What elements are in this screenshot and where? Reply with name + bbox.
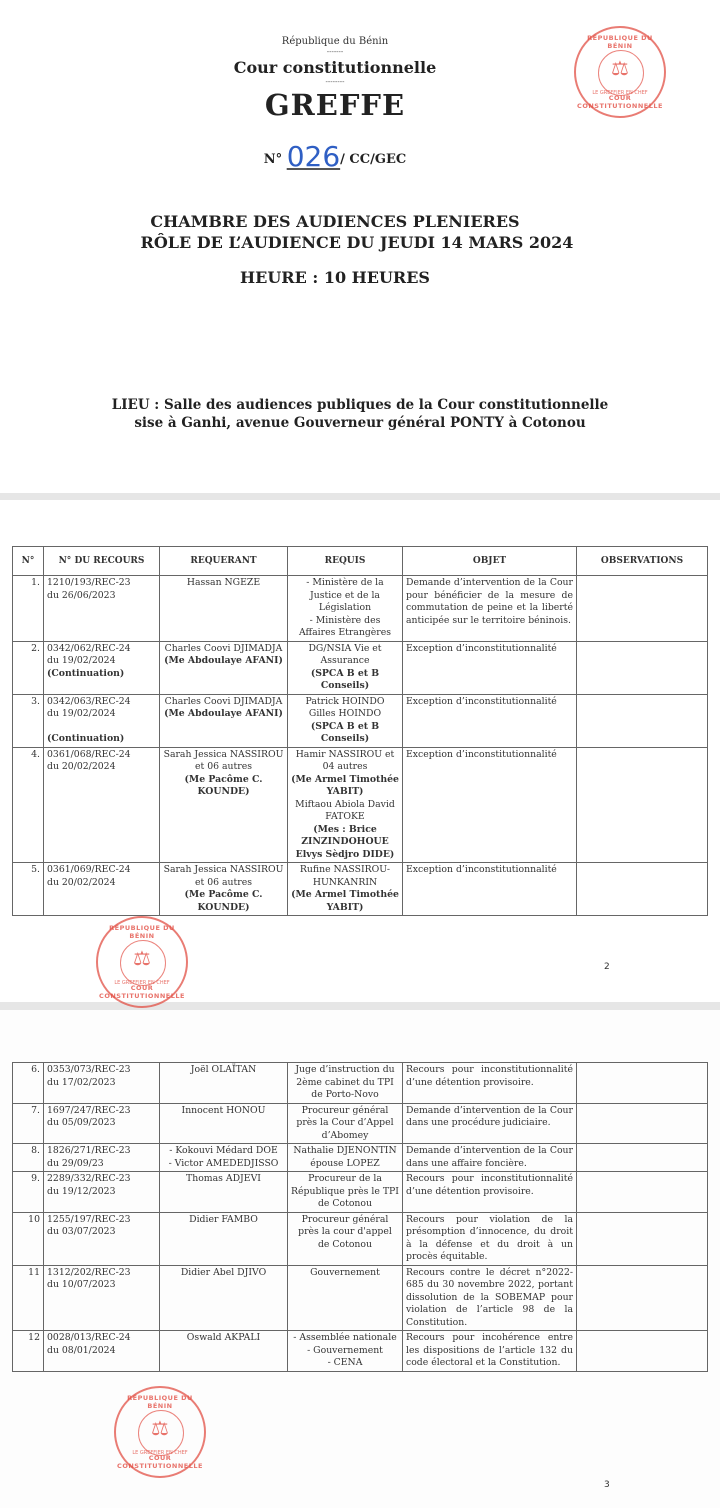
table-row: 111312/202/REC-23du 10/07/2023Didier Abe… — [13, 1265, 708, 1331]
row-number: 12 — [13, 1331, 44, 1372]
recours-number: 0028/013/REC-24 — [47, 1332, 156, 1345]
recours-note: (Continuation) — [47, 733, 156, 746]
objet-cell: Exception d’inconstitutionnalité — [403, 694, 577, 747]
table-row: 101255/197/REC-23du 03/07/2023Didier FAM… — [13, 1212, 708, 1265]
column-header-requis: REQUIS — [288, 547, 403, 576]
recours-number: 0361/068/REC-24 — [47, 749, 156, 762]
hearing-venue: LIEU : Salle des audiences publiques de … — [0, 396, 720, 432]
requerant-cell: Sarah Jessica NASSIROU et 06 autres(Me P… — [160, 863, 288, 916]
table-row: 9.2289/332/REC-23du 19/12/2023Thomas ADJ… — [13, 1172, 708, 1213]
recours-cell: 1312/202/REC-23du 10/07/2023 — [44, 1265, 160, 1331]
stamp-bottom-text: COUR CONSTITUTIONNELLE — [98, 984, 186, 1000]
recours-number: du 20/02/2024 — [47, 877, 156, 890]
recours-number: du 19/12/2023 — [47, 1186, 156, 1199]
row-number: 9. — [13, 1172, 44, 1213]
observations-cell — [577, 1144, 708, 1172]
requerant-cell: Didier Abel DJIVO — [160, 1265, 288, 1331]
observations-cell — [577, 694, 708, 747]
requerant-name: Joël OLAÏTAN — [163, 1064, 284, 1077]
table-body: 6.0353/073/REC-23du 17/02/2023Joël OLAÏT… — [13, 1063, 708, 1372]
requerant-cell: Innocent HONOU — [160, 1103, 288, 1144]
requerant-counsel: (Me Pacôme C. KOUNDE) — [163, 774, 284, 799]
court-name: Cour constitutionnelle — [0, 58, 670, 77]
venue-line-1: LIEU : Salle des audiences publiques de … — [0, 396, 720, 414]
seal-glyph-icon: ⚖ — [576, 58, 664, 78]
row-number: 1. — [13, 576, 44, 642]
requis-cell: Gouvernement — [288, 1265, 403, 1331]
requerant-name: - Victor AMEDEDJISSO — [163, 1158, 284, 1171]
observations-cell — [577, 1063, 708, 1104]
table-row: 8.1826/271/REC-23du 29/09/23- Kokouvi Mé… — [13, 1144, 708, 1172]
row-number: 6. — [13, 1063, 44, 1104]
row-number: 2. — [13, 641, 44, 694]
recours-number: du 05/09/2023 — [47, 1117, 156, 1130]
table-row: 5.0361/069/REC-24du 20/02/2024Sarah Jess… — [13, 863, 708, 916]
column-header-number: N° — [13, 547, 44, 576]
hearing-time: HEURE : 10 HEURES — [0, 268, 670, 287]
requerant-name: Didier Abel DJIVO — [163, 1267, 284, 1280]
requerant-name: Charles Coovi DJIMADJA — [163, 696, 284, 709]
official-seal-stamp: RÉPUBLIQUE DU BÉNIN ⚖ LE GREFFIER EN CHE… — [96, 916, 188, 1008]
recours-cell: 1255/197/REC-23du 03/07/2023 — [44, 1212, 160, 1265]
objet-cell: Recours pour violation de la présomption… — [403, 1212, 577, 1265]
requis-cell: Rufine NASSIROU-HUNKANRIN(Me Armel Timot… — [288, 863, 403, 916]
requerant-cell: Oswald AKPALI — [160, 1331, 288, 1372]
requis-cell: - Assemblée nationale- Gouvernement- CEN… — [288, 1331, 403, 1372]
requerant-name: - Kokouvi Médard DOE — [163, 1145, 284, 1158]
requis-name: Gouvernement — [291, 1267, 399, 1280]
requis-name: - Assemblée nationale — [291, 1332, 399, 1345]
stamp-bottom-text: COUR CONSTITUTIONNELLE — [116, 1454, 204, 1470]
handwritten-number: 026 — [287, 140, 340, 173]
requis-name: Miftaou Abiola David FATOKE — [291, 799, 399, 824]
observations-cell — [577, 1212, 708, 1265]
table-row: 120028/013/REC-24du 08/01/2024Oswald AKP… — [13, 1331, 708, 1372]
requis-name: Procureur général près la cour d'appel d… — [291, 1214, 399, 1252]
objet-cell: Recours pour incohérence entre les dispo… — [403, 1331, 577, 1372]
reference-number: N° 026/ CC/GEC — [0, 140, 670, 173]
requerant-cell: Didier FAMBO — [160, 1212, 288, 1265]
recours-number: 1697/247/REC-23 — [47, 1105, 156, 1118]
seal-glyph-icon: ⚖ — [98, 948, 186, 968]
requerant-cell: Thomas ADJEVI — [160, 1172, 288, 1213]
requis-cell: Patrick HOINDOGilles HOINDO(SPCA B et B … — [288, 694, 403, 747]
objet-cell: Demande d’intervention de la Cour dans u… — [403, 1144, 577, 1172]
requis-cell: Procureur général près la Cour d’Appel d… — [288, 1103, 403, 1144]
recours-number: du 20/02/2024 — [47, 761, 156, 774]
objet-cell: Exception d’inconstitutionnalité — [403, 863, 577, 916]
recours-number: 0361/069/REC-24 — [47, 864, 156, 877]
recours-number: du 29/09/23 — [47, 1158, 156, 1171]
requerant-name: Innocent HONOU — [163, 1105, 284, 1118]
requerant-cell: - Kokouvi Médard DOE- Victor AMEDEDJISSO — [160, 1144, 288, 1172]
requis-name: - Ministère de la Justice et de la Légis… — [291, 577, 399, 615]
requis-cell: DG/NSIA Vie et Assurance(SPCA B et B Con… — [288, 641, 403, 694]
stamp-bottom-text: COUR CONSTITUTIONNELLE — [576, 94, 664, 110]
recours-number: du 10/07/2023 — [47, 1279, 156, 1292]
requerant-name: Oswald AKPALI — [163, 1332, 284, 1345]
requis-name: Rufine NASSIROU-HUNKANRIN — [291, 864, 399, 889]
observations-cell — [577, 576, 708, 642]
observations-cell — [577, 1103, 708, 1144]
objet-cell: Exception d’inconstitutionnalité — [403, 747, 577, 863]
requis-name: Procureur général près la Cour d’Appel d… — [291, 1105, 399, 1143]
recours-cell: 0353/073/REC-23du 17/02/2023 — [44, 1063, 160, 1104]
requerant-name: Thomas ADJEVI — [163, 1173, 284, 1186]
official-seal-stamp: RÉPUBLIQUE DU BÉNIN ⚖ LE GREFFIER EN CHE… — [114, 1386, 206, 1478]
requis-name: Nathalie DJENONTIN épouse LOPEZ — [291, 1145, 399, 1170]
requis-name: - Ministère des Affaires Etrangères — [291, 615, 399, 640]
recours-note: (Continuation) — [47, 668, 156, 681]
recours-number: 1826/271/REC-23 — [47, 1145, 156, 1158]
table-row: 7.1697/247/REC-23du 05/09/2023Innocent H… — [13, 1103, 708, 1144]
requis-counsel: (Me Armel Timothée YABIT) — [291, 774, 399, 799]
separator: -------- — [0, 78, 670, 86]
row-number: 4. — [13, 747, 44, 863]
requis-counsel: (SPCA B et B Conseils) — [291, 668, 399, 693]
office-title: GREFFE — [0, 88, 670, 122]
stamp-top-text: RÉPUBLIQUE DU BÉNIN — [576, 34, 664, 50]
row-number: 10 — [13, 1212, 44, 1265]
recours-cell: 0342/063/REC-24du 19/02/2024 (Continuati… — [44, 694, 160, 747]
requis-cell: Juge d’instruction du 2ème cabinet du TP… — [288, 1063, 403, 1104]
recours-number: du 19/02/2024 — [47, 655, 156, 668]
stamp-top-text: RÉPUBLIQUE DU BÉNIN — [98, 924, 186, 940]
stamp-top-text: RÉPUBLIQUE DU BÉNIN — [116, 1394, 204, 1410]
column-header-recours: N° DU RECOURS — [44, 547, 160, 576]
objet-cell: Demande d’intervention de la Cour pour b… — [403, 576, 577, 642]
recours-cell: 1697/247/REC-23du 05/09/2023 — [44, 1103, 160, 1144]
observations-cell — [577, 747, 708, 863]
requis-name: Patrick HOINDO — [291, 696, 399, 709]
requis-cell: Hamir NASSIROU et 04 autres(Me Armel Tim… — [288, 747, 403, 863]
row-number: 11 — [13, 1265, 44, 1331]
recours-number: 1255/197/REC-23 — [47, 1214, 156, 1227]
requerant-name: Charles Coovi DJIMADJA — [163, 643, 284, 656]
table-row: 2.0342/062/REC-24du 19/02/2024(Continuat… — [13, 641, 708, 694]
seal-glyph-icon: ⚖ — [116, 1418, 204, 1438]
number-prefix: N° — [264, 152, 282, 167]
requis-name: Gilles HOINDO — [291, 708, 399, 721]
objet-cell: Recours pour inconstitutionnalité d’une … — [403, 1063, 577, 1104]
table-row: 1.1210/193/REC-23du 26/06/2023Hassan NGE… — [13, 576, 708, 642]
requis-name: Hamir NASSIROU et 04 autres — [291, 749, 399, 774]
requis-name: Juge d’instruction du 2ème cabinet du TP… — [291, 1064, 399, 1102]
republic-label: République du Bénin — [0, 36, 670, 47]
requerant-cell: Joël OLAÏTAN — [160, 1063, 288, 1104]
table-header-row: N° N° DU RECOURS REQUERANT REQUIS OBJET … — [13, 547, 708, 576]
recours-cell: 0361/068/REC-24du 20/02/2024 — [44, 747, 160, 863]
recours-cell: 0028/013/REC-24du 08/01/2024 — [44, 1331, 160, 1372]
row-number: 5. — [13, 863, 44, 916]
table-body: 1.1210/193/REC-23du 26/06/2023Hassan NGE… — [13, 576, 708, 916]
recours-number: 1210/193/REC-23 — [47, 577, 156, 590]
recours-number: du 08/01/2024 — [47, 1345, 156, 1358]
observations-cell — [577, 863, 708, 916]
recours-cell: 2289/332/REC-23du 19/12/2023 — [44, 1172, 160, 1213]
requerant-cell: Charles Coovi DJIMADJA(Me Abdoulaye AFAN… — [160, 641, 288, 694]
recours-cell: 0361/069/REC-24du 20/02/2024 — [44, 863, 160, 916]
requerant-counsel: (Me Abdoulaye AFANI) — [163, 708, 284, 721]
requerant-name: Sarah Jessica NASSIROU et 06 autres — [163, 749, 284, 774]
document-page-2: N° N° DU RECOURS REQUERANT REQUIS OBJET … — [0, 500, 720, 1002]
requerant-counsel: (Me Pacôme C. KOUNDE) — [163, 889, 284, 914]
requis-name: DG/NSIA Vie et Assurance — [291, 643, 399, 668]
table-row: 4.0361/068/REC-24du 20/02/2024Sarah Jess… — [13, 747, 708, 863]
requis-counsel: (Me Armel Timothée YABIT) — [291, 889, 399, 914]
requis-counsel: (SPCA B et B Conseils) — [291, 721, 399, 746]
column-header-requerant: REQUERANT — [160, 547, 288, 576]
hearing-roll-title: RÔLE DE L’AUDIENCE DU JEUDI 14 MARS 2024 — [0, 233, 717, 252]
requerant-cell: Hassan NGEZE — [160, 576, 288, 642]
recours-number: du 03/07/2023 — [47, 1226, 156, 1239]
separator: ------- — [0, 48, 670, 56]
recours-number: du 26/06/2023 — [47, 590, 156, 603]
column-header-observations: OBSERVATIONS — [577, 547, 708, 576]
observations-cell — [577, 1331, 708, 1372]
document-page-3: 6.0353/073/REC-23du 17/02/2023Joël OLAÏT… — [0, 1010, 720, 1508]
document-page-1: République du Bénin ------- Cour constit… — [0, 0, 720, 493]
venue-line-2: sise à Ganhi, avenue Gouverneur général … — [0, 414, 720, 432]
row-number: 8. — [13, 1144, 44, 1172]
objet-cell: Exception d’inconstitutionnalité — [403, 641, 577, 694]
recours-number: 2289/332/REC-23 — [47, 1173, 156, 1186]
recours-number: 0342/063/REC-24 — [47, 696, 156, 709]
requis-counsel: (Mes : Brice ZINZINDOHOUE Elvys Sèdjro D… — [291, 824, 399, 862]
requis-name: Procureur de la République près le TPI d… — [291, 1173, 399, 1211]
page-number: 3 — [604, 1480, 610, 1490]
requerant-name: Hassan NGEZE — [163, 577, 284, 590]
official-seal-stamp: RÉPUBLIQUE DU BÉNIN ⚖ LE GREFFIER EN CHE… — [574, 26, 666, 118]
recours-number: 1312/202/REC-23 — [47, 1267, 156, 1280]
objet-cell: Demande d’intervention de la Cour dans u… — [403, 1103, 577, 1144]
requis-name: - Gouvernement — [291, 1345, 399, 1358]
page-number: 2 — [604, 962, 610, 972]
requis-cell: Procureur de la République près le TPI d… — [288, 1172, 403, 1213]
recours-number: 0353/073/REC-23 — [47, 1064, 156, 1077]
recours-number: 0342/062/REC-24 — [47, 643, 156, 656]
number-suffix: / CC/GEC — [340, 152, 406, 167]
requerant-name: Didier FAMBO — [163, 1214, 284, 1227]
requis-name: - CENA — [291, 1357, 399, 1370]
requis-cell: - Ministère de la Justice et de la Légis… — [288, 576, 403, 642]
recours-cell: 1210/193/REC-23du 26/06/2023 — [44, 576, 160, 642]
recours-cell: 0342/062/REC-24du 19/02/2024(Continuatio… — [44, 641, 160, 694]
row-number: 7. — [13, 1103, 44, 1144]
column-header-objet: OBJET — [403, 547, 577, 576]
observations-cell — [577, 1172, 708, 1213]
requis-cell: Procureur général près la cour d'appel d… — [288, 1212, 403, 1265]
requerant-cell: Sarah Jessica NASSIROU et 06 autres(Me P… — [160, 747, 288, 863]
row-number: 3. — [13, 694, 44, 747]
observations-cell — [577, 1265, 708, 1331]
table-row: 6.0353/073/REC-23du 17/02/2023Joël OLAÏT… — [13, 1063, 708, 1104]
requerant-counsel: (Me Abdoulaye AFANI) — [163, 655, 284, 668]
table-row: 3.0342/063/REC-24du 19/02/2024 (Continua… — [13, 694, 708, 747]
chamber-title: CHAMBRE DES AUDIENCES PLENIERES — [0, 212, 670, 231]
objet-cell: Recours contre le décret n°2022-685 du 3… — [403, 1265, 577, 1331]
objet-cell: Recours pour inconstitutionnalité d’une … — [403, 1172, 577, 1213]
hearing-roll-table-continued: 6.0353/073/REC-23du 17/02/2023Joël OLAÏT… — [12, 1062, 708, 1372]
observations-cell — [577, 641, 708, 694]
requerant-name: Sarah Jessica NASSIROU et 06 autres — [163, 864, 284, 889]
requerant-cell: Charles Coovi DJIMADJA(Me Abdoulaye AFAN… — [160, 694, 288, 747]
spacer — [47, 721, 156, 734]
recours-number: du 17/02/2023 — [47, 1077, 156, 1090]
recours-number: du 19/02/2024 — [47, 708, 156, 721]
recours-cell: 1826/271/REC-23du 29/09/23 — [44, 1144, 160, 1172]
requis-cell: Nathalie DJENONTIN épouse LOPEZ — [288, 1144, 403, 1172]
hearing-roll-table: N° N° DU RECOURS REQUERANT REQUIS OBJET … — [12, 546, 708, 916]
